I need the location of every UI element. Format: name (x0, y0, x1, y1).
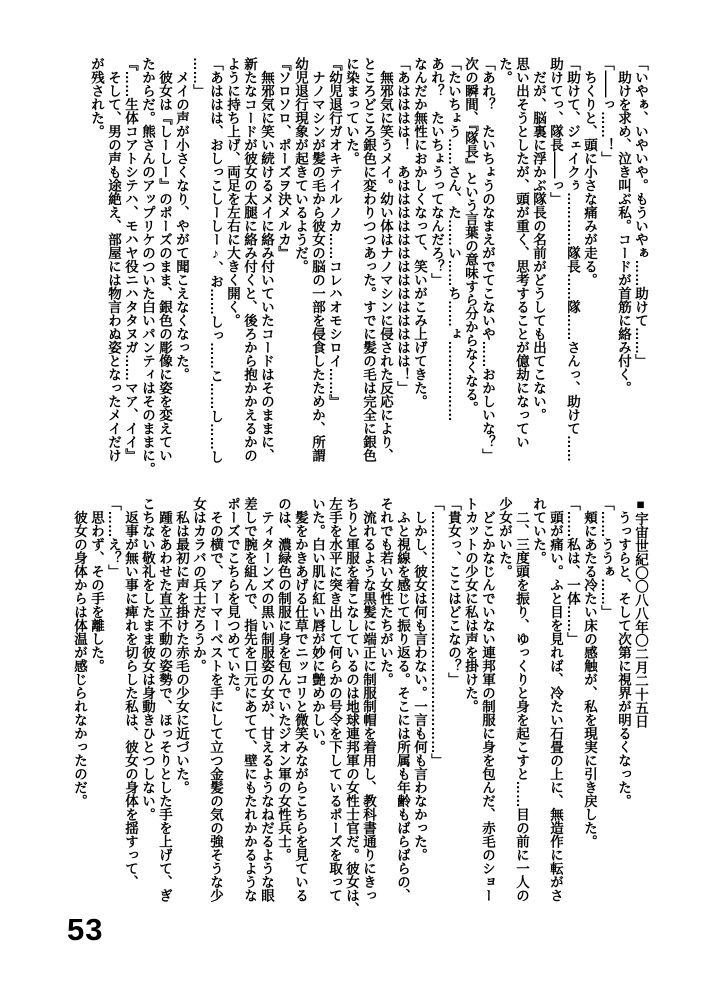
text-line: 「……ううぁ……」 (598, 497, 615, 911)
text-line: 助けを求め、泣き叫ぶ私。コードが首筋に絡み付く。 (615, 57, 632, 471)
text-line: トカットの少女に私は声を掛けた。 (462, 497, 479, 911)
text-line: 「……え？」 (105, 497, 122, 911)
text-line: 「あははは、おしっこしーしー♪、お……しっ……こ……し……し (207, 57, 224, 471)
text-line: 左手を水平に突き出して何らかの号令を下しているポーズを取って (326, 497, 343, 911)
text-line: 彼女は『しーしー』のポーズのまま、銀色の彫像に姿を変えてい (156, 57, 173, 471)
text-line: 女はカラバの兵士だろうか。 (190, 497, 207, 911)
page-number: 53 (67, 912, 103, 948)
text-line: うっすらと、そして次第に視界が明るくなった。 (615, 497, 632, 911)
text-line: 流れるような黒髪に端正に制服制帽を着用し、教科書通りにきっ (360, 497, 377, 911)
text-line: 踵をあわせた直立不動の姿勢で、ほっそりとした手を上げて、ぎ (156, 497, 173, 911)
text-line: 彼女の身体からは体温が感じられなかったのだ。 (71, 497, 88, 911)
text-line: 次の瞬間、『隊長』という言葉の意味すら分からなくなる。 (462, 57, 479, 471)
text-line: 『……生体コアトシテハ、モハヤ役ニハタタヌガ……マア、イイ』 (122, 57, 139, 471)
text-line: 『ソロソロ、ポーズヲ決メルカ』 (275, 57, 292, 471)
text-line: あれ？ たいちょうってなんだろ？」 (428, 57, 445, 471)
text-line: が残された。 (88, 57, 105, 471)
text-line: 「あれ？ たいちょうのなまえがでてこないや……おかしいな？」 (479, 57, 496, 471)
text-line: ……」 (190, 57, 207, 471)
text-line: どこかなじんでいない連邦軍の制服に身を包んだ、赤毛のショー (479, 497, 496, 911)
text-line: 髪をかきあげる仕草でニッコリと微笑みながらこちらを見ている (292, 497, 309, 911)
text-line: 「貴女っ、ここはどこなの？」 (445, 497, 462, 911)
text-line: 「たいちょう……さん、た……い……ち……ょ……………… (445, 57, 462, 471)
text-line: ちくりと、頭に小さな痛みが走る。 (581, 57, 598, 471)
text-line: 頬にあたる冷たい床の感触が、私を現実に引き戻した。 (581, 497, 598, 911)
text-line: 差しで腕を組んで、指先を口元にあてて、壁にもたれかかるような (241, 497, 258, 911)
text-line: ■宇宙世紀〇〇八八年〇二月二十五日 (632, 497, 649, 911)
text-line: に染まっていた。 (343, 57, 360, 471)
text-line: ナノマシンが髪の毛から彼女の脳の一部を侵食したためか、所謂 (309, 57, 326, 471)
text-line: 少女がいた。 (496, 497, 513, 911)
text-line: 思い出そうとしたが、頭が重く、思考することが億劫になってい (513, 57, 530, 471)
text-line: 頭が痛い。ふと目を見れば、冷たい石畳の上に、無造作に転がさ (547, 497, 564, 911)
text-line: ように持ち上げ、両足を左右に大きく開く。 (224, 57, 241, 471)
text-line: ちりと軍服を着こなしているのは地球連邦軍の女性士官だ。彼女は、 (343, 497, 360, 911)
text-line: しかし、彼女は何も言わない。一言も何も言わなかった。 (411, 497, 428, 911)
text-line: ティターンズの黒い制服姿の女が、甘えるようなねだるような眼 (258, 497, 275, 911)
text-line: のは、濃緑色の制服に身を包んでいたジオン軍の女性兵士。 (275, 497, 292, 911)
text-line: 「………………………………………………」 (428, 497, 445, 911)
text-line: こちない敬礼をしたまま彼女は身動きひとつしない。 (139, 497, 156, 911)
text-line: メイの声が小さくなり、やがて聞こえなくなった。 (173, 57, 190, 471)
text-line: なんだか無性におかしくなって、笑いがこみ上げてきた。 (411, 57, 428, 471)
text-line: 「あはははは！ あはははははははははははははは！」 (394, 57, 411, 471)
text-line: 「助けて、ジェイクぅ…………隊長……隊……さんっ、助けて…… (564, 57, 581, 471)
text-line: れていた。 (530, 497, 547, 911)
text-line: 無邪気に笑い続けるメイに絡み付いていたコードはそのままに、 (258, 57, 275, 471)
text-line: 「いやぁ、いやいや。もういやぁ……助けて……」 (632, 57, 649, 471)
text-line: そして、男の声も途絶え、部屋には物言わぬ姿となったメイだけ (105, 57, 122, 471)
text-line: その横で、アーマーベストを手にして立つ金髪の気の強そうな少 (207, 497, 224, 911)
text-line: 「――っ……！」 (598, 57, 615, 471)
text-line: だが、脳裏に浮かぶ隊長の名前がどうしても出てこない。 (530, 57, 547, 471)
text-line: 『幼児退行ガオキテイルノカ……コレハオモシロイ……』 (326, 57, 343, 471)
text-line: 助けてっ、隊長――っ」 (547, 57, 564, 471)
document-page: 「いやぁ、いやいや。もういやぁ……助けて……」 助けを求め、泣き叫ぶ私。コードが… (0, 0, 715, 1000)
text-line: 無邪気に笑うメイ。幼い体はナノマシンに侵された反応により、 (377, 57, 394, 471)
text-line: 返事が無い事に痺れを切らした私は、彼女の身体を揺すって、 (122, 497, 139, 911)
text-line: た。 (496, 57, 513, 471)
text-line: 幼児退行現象が起きているようだ。 (292, 57, 309, 471)
text-line: ふと視線を感じて振り返る。そこには所属も年齢もばらばらの、 (394, 497, 411, 911)
text-line: いた。白い肌に紅い唇が妙に艶めかしい。 (309, 497, 326, 911)
text-line: 「……私は、一体……」 (564, 497, 581, 911)
text-line: 新たなコードが彼女の太腿に絡み付くと、後ろから抱かかえるかの (241, 57, 258, 471)
text-line: ところどころ銀色に変わりつつあった。すでに髪の毛は完全に銀色 (360, 57, 377, 471)
text-line: 二、三度頭を振り、ゆっくりと身を起こすと……目の前に一人の (513, 497, 530, 911)
text-line: たからだ。熊さんのアップリケのついた白いパンティはそのままに。 (139, 57, 156, 471)
story-text-block-bottom: ■宇宙世紀〇〇八八年〇二月二十五日 うっすらと、そして次第に視界が明るくなった。… (71, 497, 649, 911)
story-text-block-top: 「いやぁ、いやいや。もういやぁ……助けて……」 助けを求め、泣き叫ぶ私。コードが… (88, 57, 649, 471)
text-line: 思わず、その手を離した。 (88, 497, 105, 911)
text-line: 私は最初に声を掛けた赤毛の少女に近づいた。 (173, 497, 190, 911)
text-line: それでも若い女性たちがいた。 (377, 497, 394, 911)
text-line: ポーズでこちらを見つめていた。 (224, 497, 241, 911)
